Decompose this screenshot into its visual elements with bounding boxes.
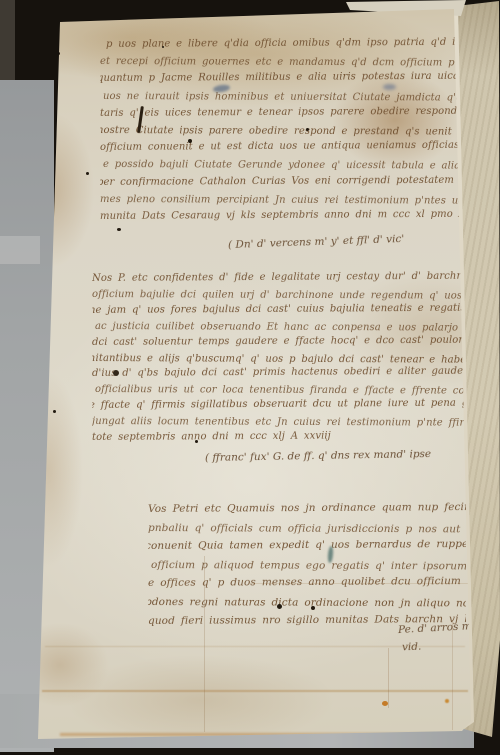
crease-line — [452, 620, 453, 730]
manuscript-text-line: per confirmacione Cathalon Curias Vos en… — [100, 171, 466, 190]
manuscript-text-line: conuenit Quia tamen expedit q' uos berna… — [148, 535, 466, 556]
rust-spot — [445, 699, 449, 703]
ink-speck — [86, 172, 89, 175]
spine-shadow — [0, 0, 15, 92]
backing-mat-tab — [0, 236, 40, 264]
ink-speck — [195, 440, 198, 443]
entry-1-chancery-note: ( Dn' d' vercens m' y' et ffl' d' vic' — [228, 233, 405, 251]
manuscript-text-line: Vos Petri etc Quamuis nos jn ordinance q… — [148, 500, 466, 519]
manuscript-text-line: dci cast' soluentur temps gaudere e ffac… — [92, 332, 466, 350]
manuscript-text-line: quantum p Jacme Rouilles militibus e ali… — [100, 68, 466, 87]
wormhole — [57, 52, 60, 55]
ink-speck — [53, 410, 56, 413]
manuscript-text-line: p uos plane e libere q'dia officia omibu… — [100, 36, 466, 53]
crease-line — [42, 690, 468, 692]
manuscript-text-line: officium conuenit e ut est dicta uos ue … — [100, 137, 466, 156]
entry-2-text: Nos P. etc confidentes d' fide e legalit… — [92, 271, 466, 449]
crease-line — [250, 583, 468, 584]
entry-3-text: Vos Petri etc Quamuis nos jn ordinance q… — [148, 500, 466, 633]
manuscript-text-line: ne jam q' uos fores bajulus dci cast' cu… — [92, 301, 466, 319]
manuscript-text-line: Nos P. etc confidentes d' fide e legalit… — [92, 271, 466, 287]
wormhole — [162, 46, 164, 48]
manuscript-photo: { "colors": { "background": "#16120d", "… — [0, 0, 500, 755]
ink-speck — [188, 139, 192, 143]
manuscript-text-line: tote septembris anno dni m ccc xlj A xxv… — [92, 428, 466, 446]
manuscript-text-line: d'ius d' q'bs bajulo dci cast' primis ha… — [92, 364, 466, 382]
crease-line — [204, 556, 205, 732]
entry-3-signature-vid: vid. — [402, 641, 422, 654]
manuscript-page: p uos plane e libere q'dia officia omibu… — [0, 0, 500, 755]
ink-smudge — [383, 84, 396, 90]
crease-line — [45, 646, 465, 647]
entry-1-text: p uos plane e libere q'dia officia omibu… — [100, 36, 466, 228]
manuscript-text-line: taris q' eis uices tenemur e tenear ipso… — [100, 103, 466, 122]
wormhole — [311, 606, 315, 610]
ink-blob — [113, 370, 119, 376]
manuscript-text-line: munita Dats Cesaraug vj kls septembris a… — [100, 206, 466, 225]
wormhole — [277, 604, 282, 609]
ink-speck — [117, 228, 121, 231]
crease-line — [388, 648, 389, 708]
ink-speck — [306, 128, 309, 131]
entry-2-chancery-note: ( ffranc' fux' G. de ff. q' dns rex mand… — [205, 448, 431, 464]
manuscript-text-line: e ffacte q' ffirmis sigillatibus obserua… — [92, 396, 466, 414]
